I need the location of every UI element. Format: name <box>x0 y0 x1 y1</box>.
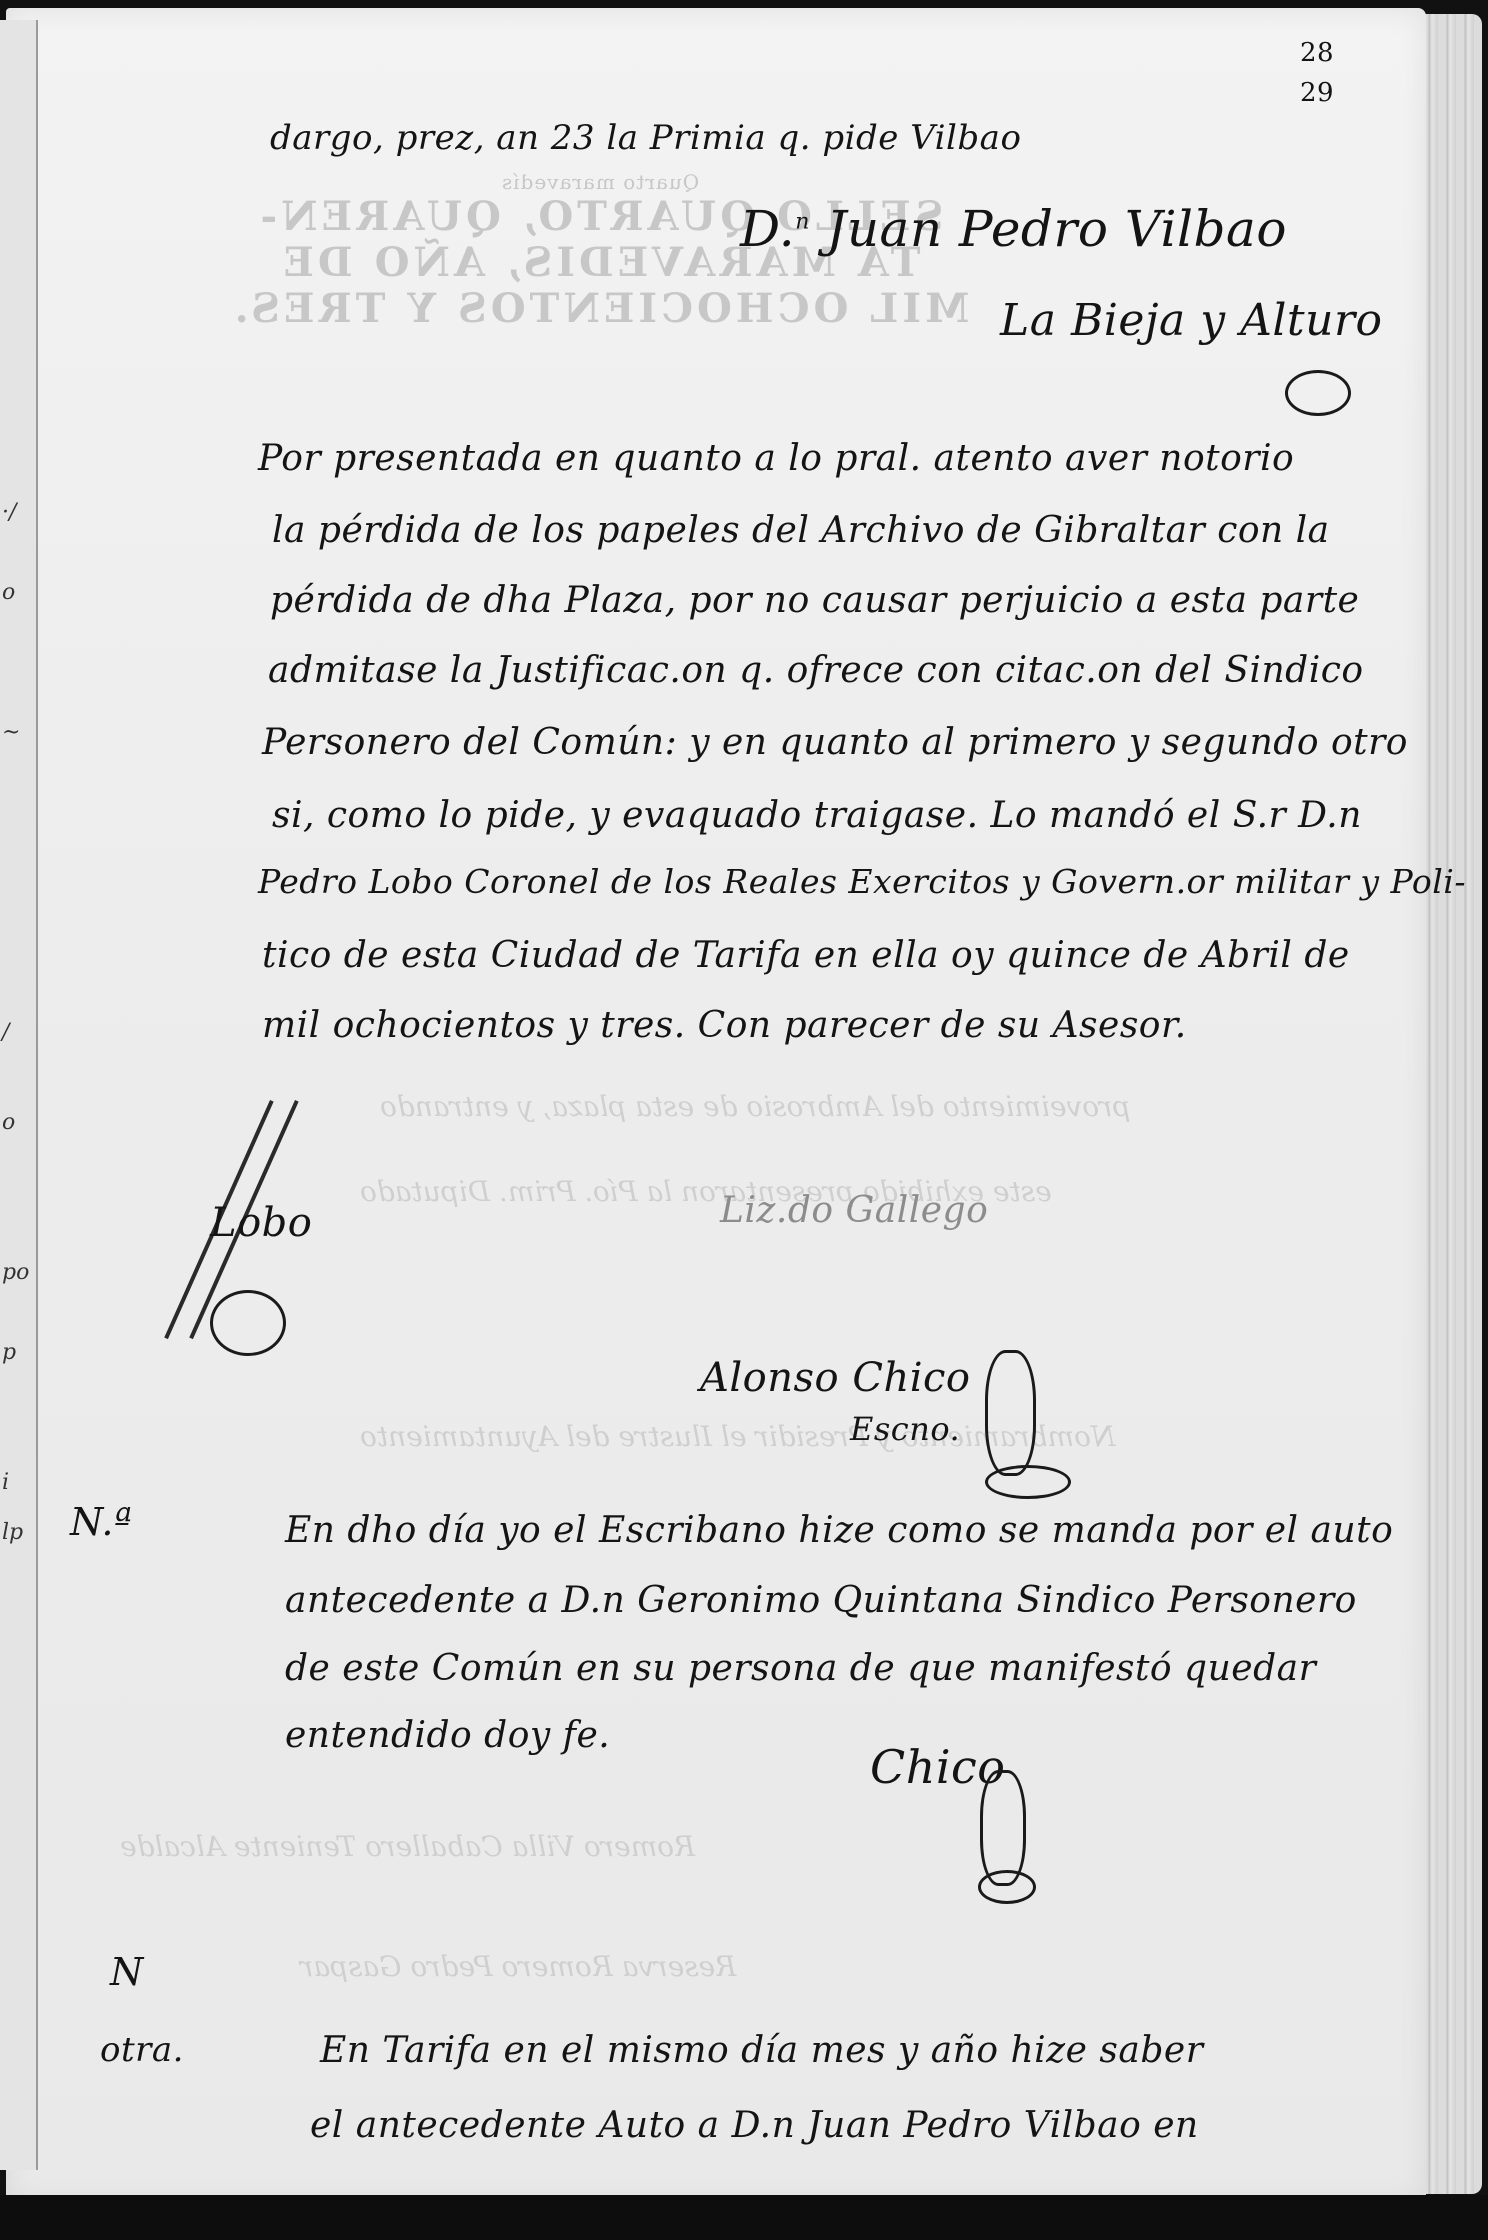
margin-fragment: o <box>2 1110 15 1135</box>
addressee-title: D. <box>740 200 795 258</box>
stamp-line: MIL OCHOCIENTOS Y TRES. <box>200 286 1000 332</box>
paragraph-1-line: admitase la Justificac.on q. ofrece con … <box>268 650 1364 691</box>
rubric-flourish <box>1285 370 1351 416</box>
paragraph-1-line: la pérdida de los papeles del Archivo de… <box>272 510 1330 551</box>
margin-fragment: p <box>2 1340 16 1365</box>
notary-rubric-base <box>978 1870 1036 1904</box>
margin-fragment: ·/ <box>2 500 16 525</box>
bleed-through-text: proveimiento del Ambrosio de esta plaza,… <box>380 1090 1130 1123</box>
previous-page-strip: ·/ o ~ / o po p i lp <box>0 20 38 2170</box>
margin-fragment: lp <box>2 1520 23 1545</box>
bleed-through-text: Romero Villa Caballero Teniente Alcalde <box>120 1830 695 1863</box>
margin-note: N <box>110 1950 144 1994</box>
paragraph-1-line: pérdida de dha Plaza, por no causar perj… <box>270 580 1359 621</box>
rubric-flourish <box>210 1290 286 1356</box>
addressee-full-name: Juan Pedro Vilbao <box>826 200 1287 258</box>
paragraph-1-line: mil ochocientos y tres. Con parecer de s… <box>262 1005 1187 1046</box>
addressee-name: D.n Juan Pedro Vilbao <box>740 200 1287 258</box>
notary-rubric <box>985 1350 1036 1476</box>
margin-fragment: po <box>2 1260 29 1285</box>
folio-number: 29 <box>1300 78 1334 108</box>
header-line: dargo, prez, an 23 la Primia q. pide Vil… <box>270 118 1021 158</box>
signature-faint-gallego: Liz.do Gallego <box>720 1190 988 1231</box>
signature-lobo: Lobo <box>210 1200 312 1246</box>
bleed-through-text: Reserva Romero Pedro Gaspar <box>300 1950 736 1983</box>
margin-fragment: / <box>2 1020 9 1045</box>
addressee-title-sup: n <box>795 209 810 234</box>
stamp-small-text: Quarto maravedís <box>200 170 1000 194</box>
paragraph-1-line: tico de esta Ciudad de Tarifa en ella oy… <box>262 935 1350 976</box>
addressee-line2: La Bieja y Alturo <box>1000 295 1382 346</box>
paragraph-1-line: Personero del Común: y en quanto al prim… <box>262 722 1408 763</box>
margin-note: N.ª <box>70 1500 132 1544</box>
paragraph-1-line: Pedro Lobo Coronel de los Reales Exercit… <box>258 862 1466 901</box>
paragraph-2-line: antecedente a D.n Geronimo Quintana Sind… <box>285 1580 1357 1621</box>
notary-title: Escno. <box>850 1410 960 1448</box>
notary-rubric <box>980 1770 1026 1886</box>
margin-fragment: i <box>2 1470 9 1495</box>
page-edges <box>1420 14 1482 2194</box>
notary-rubric-base <box>985 1465 1071 1499</box>
margin-fragment: ~ <box>2 720 20 745</box>
paragraph-1-line: Por presentada en quanto a lo pral. aten… <box>258 438 1294 479</box>
paragraph-1-line: si, como lo pide, y evaquado traigase. L… <box>272 795 1362 836</box>
paragraph-2-line: de este Común en su persona de que manif… <box>285 1648 1316 1689</box>
paragraph-3-line: En Tarifa en el mismo día mes y año hize… <box>320 2030 1203 2071</box>
folio-number-old: 28 <box>1300 38 1334 68</box>
bottom-binding-edge <box>0 2195 1488 2240</box>
paragraph-2-line: En dho día yo el Escribano hize como se … <box>285 1510 1393 1551</box>
margin-note: otra. <box>100 2030 184 2070</box>
margin-fragment: o <box>2 580 15 605</box>
signature-notary: Alonso Chico <box>700 1355 971 1401</box>
paragraph-3-line: el antecedente Auto a D.n Juan Pedro Vil… <box>310 2105 1199 2146</box>
paragraph-2-line: entendido doy fe. <box>285 1715 610 1756</box>
